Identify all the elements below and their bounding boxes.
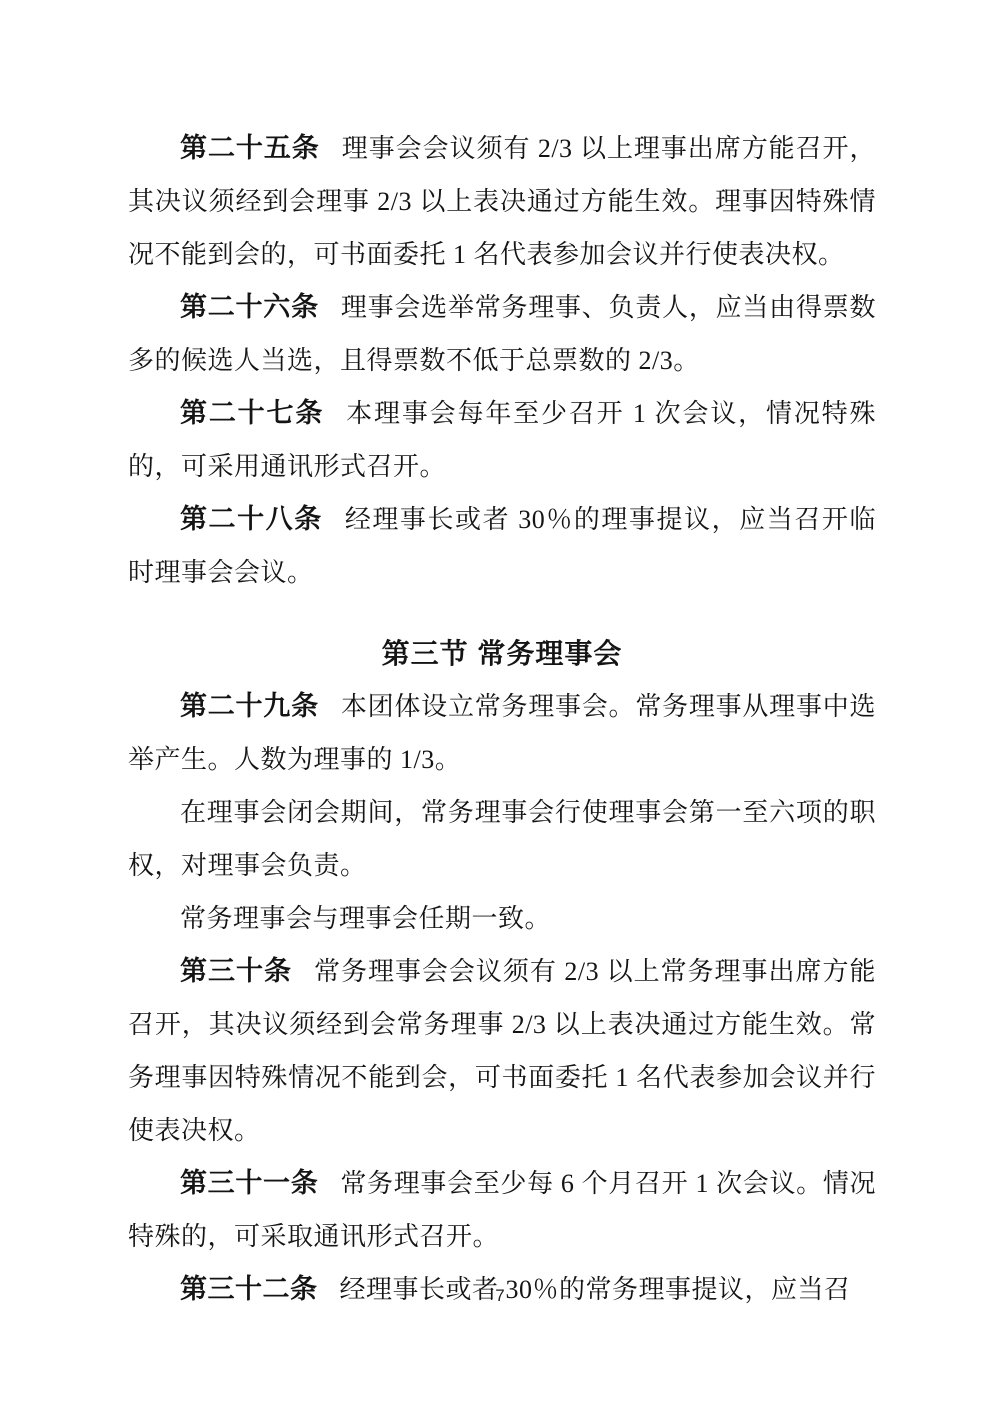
document-body: 第二十五条理事会会议须有 2/3 以上理事出席方能召开，其决议须经到会理事 2/… bbox=[128, 122, 876, 1316]
article-31-number: 第三十一条 bbox=[180, 1168, 318, 1198]
section-heading: 第三节 常务理事会 bbox=[128, 627, 876, 680]
article-25-number: 第二十五条 bbox=[180, 133, 320, 163]
article-30-number: 第三十条 bbox=[180, 956, 292, 986]
plain-paragraph-term-text: 常务理事会与理事会任期一致。 bbox=[180, 904, 551, 933]
article-26-number: 第二十六条 bbox=[180, 292, 319, 322]
article-31-paragraph: 第三十一条常务理事会至少每 6 个月召开 1 次会议。情况特殊的，可采取通讯形式… bbox=[128, 1157, 876, 1263]
plain-paragraph-duties: 在理事会闭会期间，常务理事会行使理事会第一至六项的职权，对理事会负责。 bbox=[128, 786, 876, 892]
article-28-paragraph: 第二十八条经理事长或者 30％的理事提议，应当召开临时理事会会议。 bbox=[128, 493, 876, 599]
plain-paragraph-term: 常务理事会与理事会任期一致。 bbox=[128, 892, 876, 945]
article-29-number: 第二十九条 bbox=[180, 691, 319, 721]
article-27-paragraph: 第二十七条本理事会每年至少召开 1 次会议，情况特殊的，可采用通讯形式召开。 bbox=[128, 387, 876, 493]
plain-paragraph-duties-text: 在理事会闭会期间，常务理事会行使理事会第一至六项的职权，对理事会负责。 bbox=[128, 798, 876, 880]
article-30-paragraph: 第三十条常务理事会会议须有 2/3 以上常务理事出席方能召开，其决议须经到会常务… bbox=[128, 945, 876, 1157]
page-number: 7 bbox=[0, 1284, 1000, 1308]
article-25-paragraph: 第二十五条理事会会议须有 2/3 以上理事出席方能召开，其决议须经到会理事 2/… bbox=[128, 122, 876, 281]
article-29-paragraph: 第二十九条本团体设立常务理事会。常务理事从理事中选举产生。人数为理事的 1/3。 bbox=[128, 680, 876, 786]
article-28-number: 第二十八条 bbox=[180, 504, 323, 534]
article-27-number: 第二十七条 bbox=[180, 398, 324, 428]
document-page: 第二十五条理事会会议须有 2/3 以上理事出席方能召开，其决议须经到会理事 2/… bbox=[0, 0, 1000, 1414]
article-26-paragraph: 第二十六条理事会选举常务理事、负责人，应当由得票数多的候选人当选，且得票数不低于… bbox=[128, 281, 876, 387]
